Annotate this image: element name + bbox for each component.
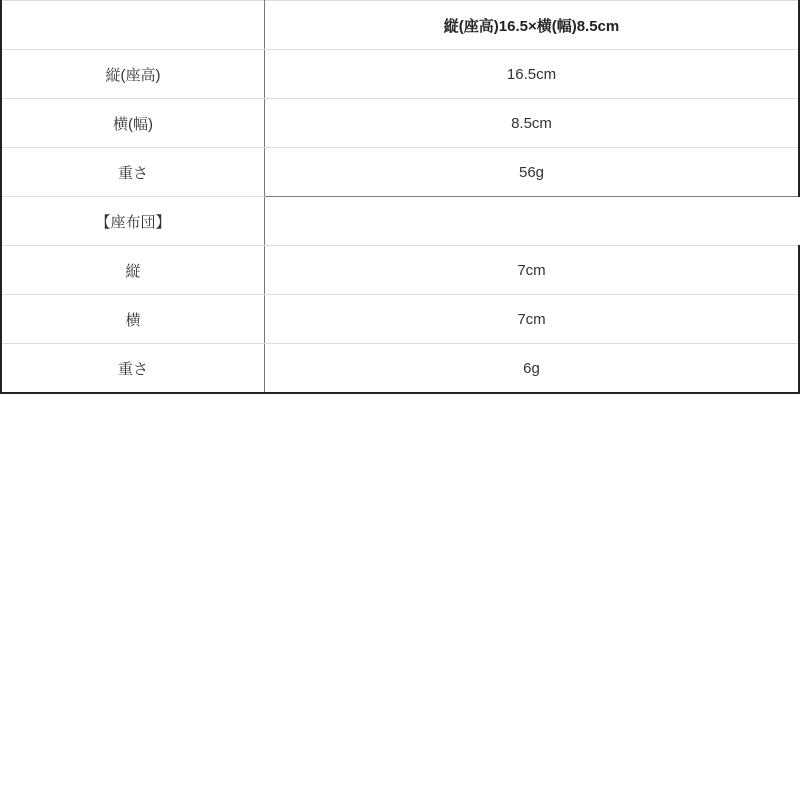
header-label-cell [1,1,265,50]
row-value: 6g [265,344,800,394]
table-row: 横(幅) 8.5cm [1,99,799,148]
row-value: 7cm [265,295,800,344]
table-row: 縦(座高) 16.5cm [1,50,799,99]
table-row: 横 7cm [1,295,799,344]
table-header-row: 縦(座高)16.5×横(幅)8.5cm [1,1,799,50]
header-size-cell: 縦(座高)16.5×横(幅)8.5cm [265,1,800,50]
spec-table: 縦(座高)16.5×横(幅)8.5cm 縦(座高) 16.5cm 横(幅) 8.… [0,0,800,394]
row-label: 横 [1,295,265,344]
section-label: 【座布団】 [1,197,265,246]
row-label: 縦(座高) [1,50,265,99]
row-label: 重さ [1,344,265,394]
table-row: 重さ 6g [1,344,799,394]
row-value: 56g [265,148,800,197]
row-label: 縦 [1,246,265,295]
table-row: 縦 7cm [1,246,799,295]
row-value: 7cm [265,246,800,295]
row-value: 16.5cm [265,50,800,99]
section-value [265,197,800,246]
row-label: 重さ [1,148,265,197]
table-row: 重さ 56g [1,148,799,197]
row-label: 横(幅) [1,99,265,148]
section-row-cushion: 【座布団】 [1,197,799,246]
row-value: 8.5cm [265,99,800,148]
